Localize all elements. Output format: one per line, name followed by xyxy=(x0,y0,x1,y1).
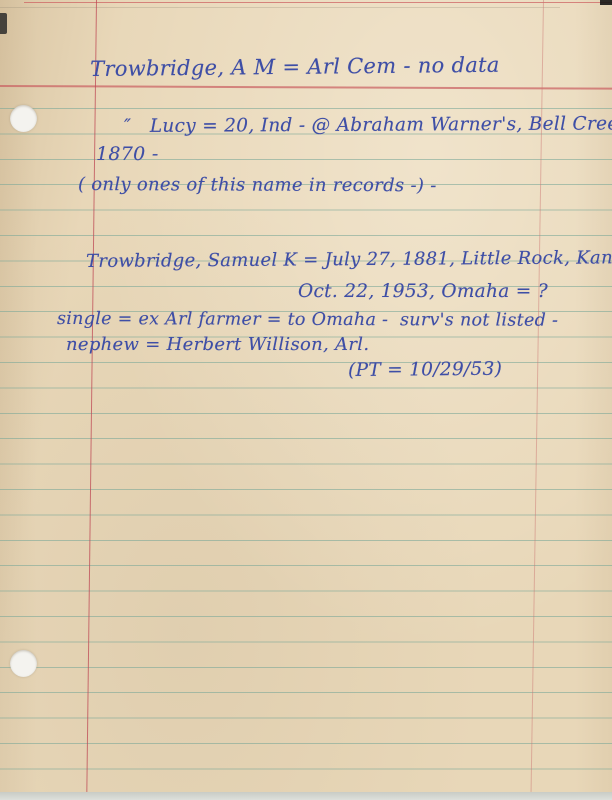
top-red-rule-line xyxy=(24,2,612,3)
handwritten-line-1870: 1870 - xyxy=(96,143,159,165)
handwritten-line-samuel-details: single = ex Arl farmer = to Omaha - surv… xyxy=(57,309,558,331)
handwritten-line-samuel-birth: Trowbridge, Samuel K = July 27, 1881, Li… xyxy=(86,247,612,272)
handwritten-line-source-citation: (PT = 10/29/53) xyxy=(348,359,502,381)
scan-artifact-top-right xyxy=(600,0,612,5)
paper-top-edge xyxy=(0,7,560,8)
handwritten-line-trowbridge-am: Trowbridge, A M = Arl Cem - no data xyxy=(90,53,500,81)
handwritten-line-lucy: ″ Lucy = 20, Ind - @ Abraham Warner's, B… xyxy=(124,113,612,137)
handwritten-line-samuel-death: Oct. 22, 1953, Omaha = ? xyxy=(298,281,548,302)
handwritten-line-only-ones: ( only ones of this name in records -) - xyxy=(78,174,437,196)
scanned-notebook-page: Trowbridge, A M = Arl Cem - no data ″ Lu… xyxy=(0,0,612,792)
hole-punch-bottom xyxy=(10,650,37,677)
hole-punch-top xyxy=(10,105,37,132)
handwritten-line-nephew: nephew = Herbert Willison, Arl. xyxy=(66,334,369,355)
header-red-rule-line xyxy=(0,85,612,89)
scan-artifact-top-left xyxy=(0,13,7,34)
scanner-background-strip xyxy=(0,792,612,800)
